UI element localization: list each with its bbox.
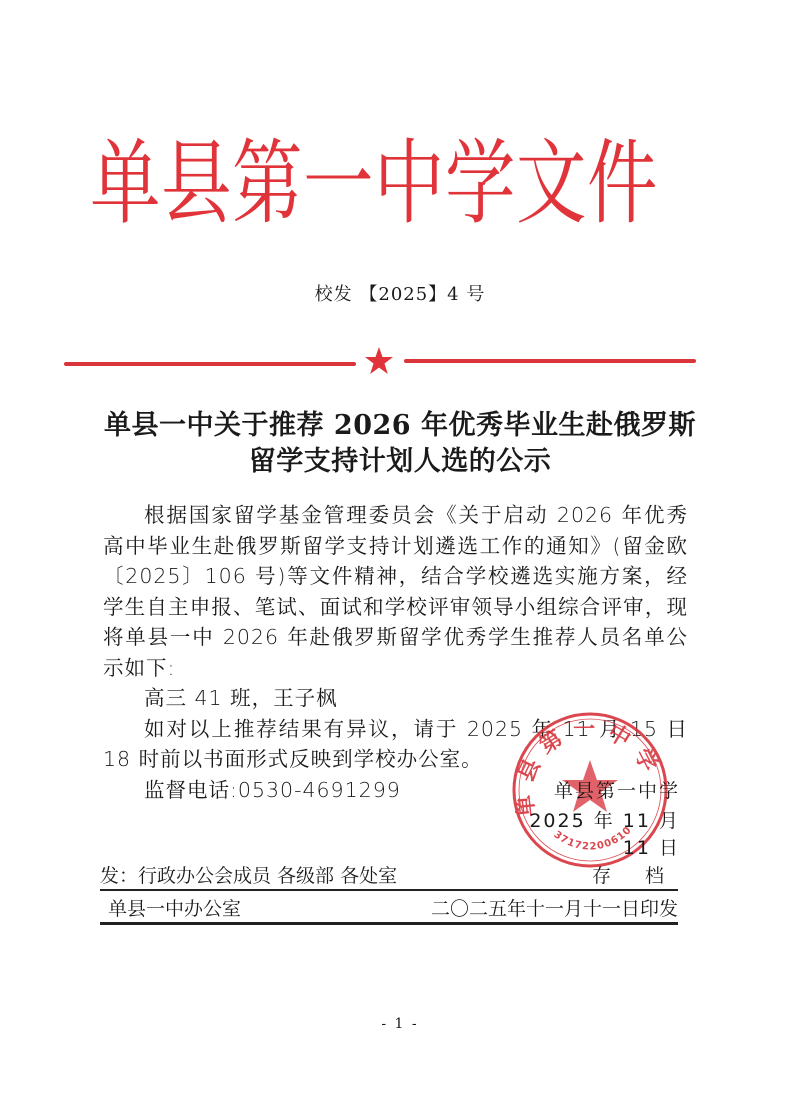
archive-label: 存 档 [592,861,678,888]
issuer-label: 单县一中办公室 [100,894,241,921]
footer-divider-thin [100,889,678,891]
star-icon [364,346,394,376]
signature-organization: 单县第一中学 [500,776,680,803]
red-separator-left [64,362,356,366]
candidate-line: 高三 41 班，王子枫 [103,683,688,714]
issue-date: 二〇二五年十一月十一日印发 [431,894,678,921]
page-number: - 1 - [0,1016,800,1032]
distribution-label: 发：行政办公会成员 各级部 各处室 [100,861,397,888]
masthead-char: 一 [303,139,374,231]
masthead-char: 第 [232,139,303,231]
red-separator-right [404,359,696,363]
masthead-char: 学 [445,139,516,231]
notice-title: 单县一中关于推荐 2026 年优秀毕业生赴俄罗斯 留学支持计划人选的公示 [0,408,800,480]
masthead-char: 文 [516,139,587,231]
footer-divider-thick [100,922,678,925]
title-line-2: 留学支持计划人选的公示 [0,444,800,480]
masthead-char: 单 [90,139,161,231]
document-number: 校发 【2025】4 号 [0,280,800,306]
title-line-1: 单县一中关于推荐 2026 年优秀毕业生赴俄罗斯 [0,408,800,444]
masthead-char: 县 [161,139,232,231]
masthead-title: 单 县 第 一 中 学 文 件 [90,123,658,246]
signature-date: 2025 年 11 月 11 日 [500,806,680,860]
body-paragraph: 根据国家留学基金管理委员会《关于启动 2026 年优秀高中毕业生赴俄罗斯留学支持… [103,500,688,683]
distribution-row: 发：行政办公会成员 各级部 各处室 存 档 [100,862,678,888]
issuer-row: 单县一中办公室 二〇二五年十一月十一日印发 [100,895,678,921]
masthead-char: 件 [587,139,658,231]
masthead-char: 中 [374,139,445,231]
